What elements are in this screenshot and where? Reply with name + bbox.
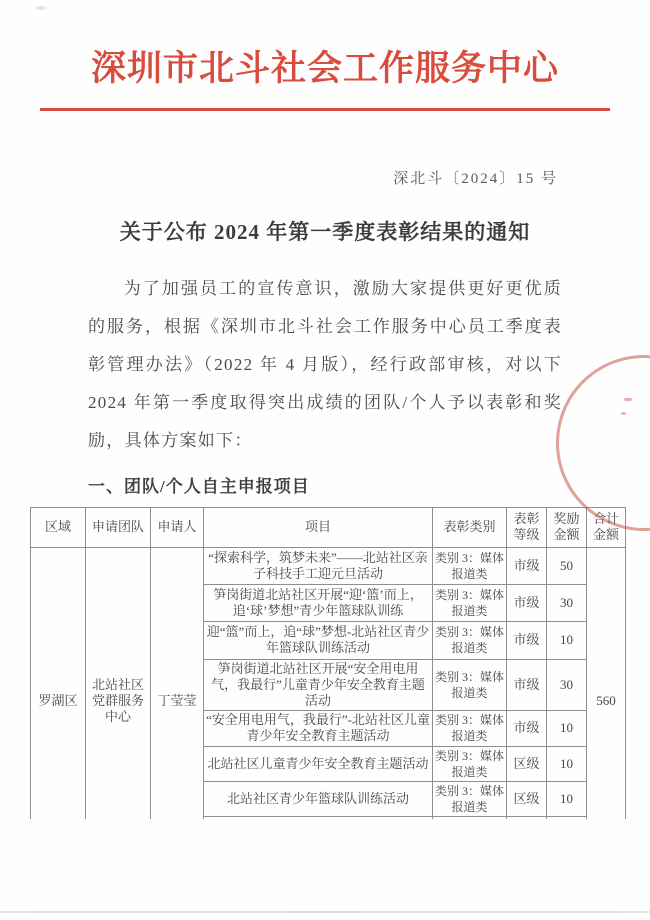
col-header-level: 表彰等级: [507, 507, 547, 547]
body-paragraph: 为了加强员工的宣传意识，激励大家提供更好更优质的服务，根据《深圳市北斗社会工作服…: [88, 270, 562, 460]
project-cell: 笋岗街道北站社区开展“迎‘篮’而上，追‘球’梦想”青少年篮球队训练: [204, 584, 433, 621]
total-amount-cell: 560: [587, 547, 626, 819]
level-cell: 市级: [507, 621, 547, 659]
award-table-wrapper: 区域 申请团队 申请人 项目 表彰类别 表彰等级 奖励金额 合计金额 罗湖区 北…: [30, 507, 626, 819]
category-cell: 类别 3：媒体报道类: [433, 659, 507, 710]
amount-cell: 10: [547, 710, 587, 746]
amount-cell: 30: [547, 659, 587, 710]
level-cell: 市级: [507, 659, 547, 710]
level-cell: 区级: [507, 746, 547, 781]
amount-cell: 10: [547, 781, 587, 816]
team-cell: 北站社区党群服务中心: [86, 547, 151, 819]
org-name-header: 深圳市北斗社会工作服务中心: [20, 46, 630, 92]
red-seal-mark: [621, 412, 626, 415]
category-cell: 类别 3：媒体报道类: [433, 584, 507, 621]
red-divider-rule: [40, 108, 610, 111]
category-cell: 类别 3：媒体报道类: [433, 781, 507, 816]
amount-cell: 30: [547, 584, 587, 621]
document-page: 深圳市北斗社会工作服务中心 深北斗〔2024〕15 号 关于公布 2024 年第…: [0, 0, 650, 920]
project-cell: 北站社区青少年篮球队训练活动: [204, 781, 433, 816]
level-cell: 市级: [507, 816, 547, 819]
applicant-cell: 丁莹莹: [151, 547, 204, 819]
red-seal-mark: [624, 398, 632, 401]
award-table: 区域 申请团队 申请人 项目 表彰类别 表彰等级 奖励金额 合计金额 罗湖区 北…: [30, 507, 626, 819]
col-header-team: 申请团队: [86, 507, 151, 547]
category-cell: 类别 3：媒体报道类: [433, 621, 507, 659]
amount-cell: 10: [547, 746, 587, 781]
col-header-project: 项目: [204, 507, 433, 547]
table-header-row: 区域 申请团队 申请人 项目 表彰类别 表彰等级 奖励金额 合计金额: [31, 507, 626, 547]
project-cell: 笋岗街道北站社区开展“安全用电用气，我最行”儿童青少年安全教育主题活动: [204, 659, 433, 710]
doc-title: 关于公布 2024 年第一季度表彰结果的通知: [0, 216, 650, 246]
page-edge-shadow: [0, 911, 650, 913]
project-cell: 北站社区儿童青少年安全教育主题活动: [204, 746, 433, 781]
doc-number: 深北斗〔2024〕15 号: [0, 167, 650, 188]
amount-cell: 10: [547, 621, 587, 659]
scan-artifact: [36, 6, 46, 10]
category-cell: 类别 3：媒体报道类: [433, 547, 507, 584]
col-header-amount: 奖励金额: [547, 507, 587, 547]
col-header-category: 表彰类别: [433, 507, 507, 547]
amount-cell: 10: [547, 816, 587, 819]
col-header-applicant: 申请人: [151, 507, 204, 547]
category-cell: 类别 3：媒体报道类: [433, 746, 507, 781]
project-cell: 迎“篮”而上，追“球”梦想-北站社区青少年篮球队训练活动: [204, 621, 433, 659]
table-row: 罗湖区 北站社区党群服务中心 丁莹莹 “探索科学，筑梦未来”——北站社区亲子科技…: [31, 547, 626, 584]
project-cell: “探索科学，筑梦未来”——北站社区亲子科技手工迎元旦活动: [204, 547, 433, 584]
level-cell: 市级: [507, 584, 547, 621]
level-cell: 市级: [507, 710, 547, 746]
category-cell: 类别 3：媒体报道类: [433, 710, 507, 746]
col-header-region: 区域: [31, 507, 86, 547]
level-cell: 市级: [507, 547, 547, 584]
category-cell: 类别 3：媒体: [433, 816, 507, 819]
project-cell: “安全用电用气，我最行”-北站社区儿童青少年安全教育主题活动: [204, 710, 433, 746]
project-cell: “消防安全，我知道”-北站社区儿童青少: [204, 816, 433, 819]
amount-cell: 50: [547, 547, 587, 584]
level-cell: 区级: [507, 781, 547, 816]
region-cell: 罗湖区: [31, 547, 86, 819]
